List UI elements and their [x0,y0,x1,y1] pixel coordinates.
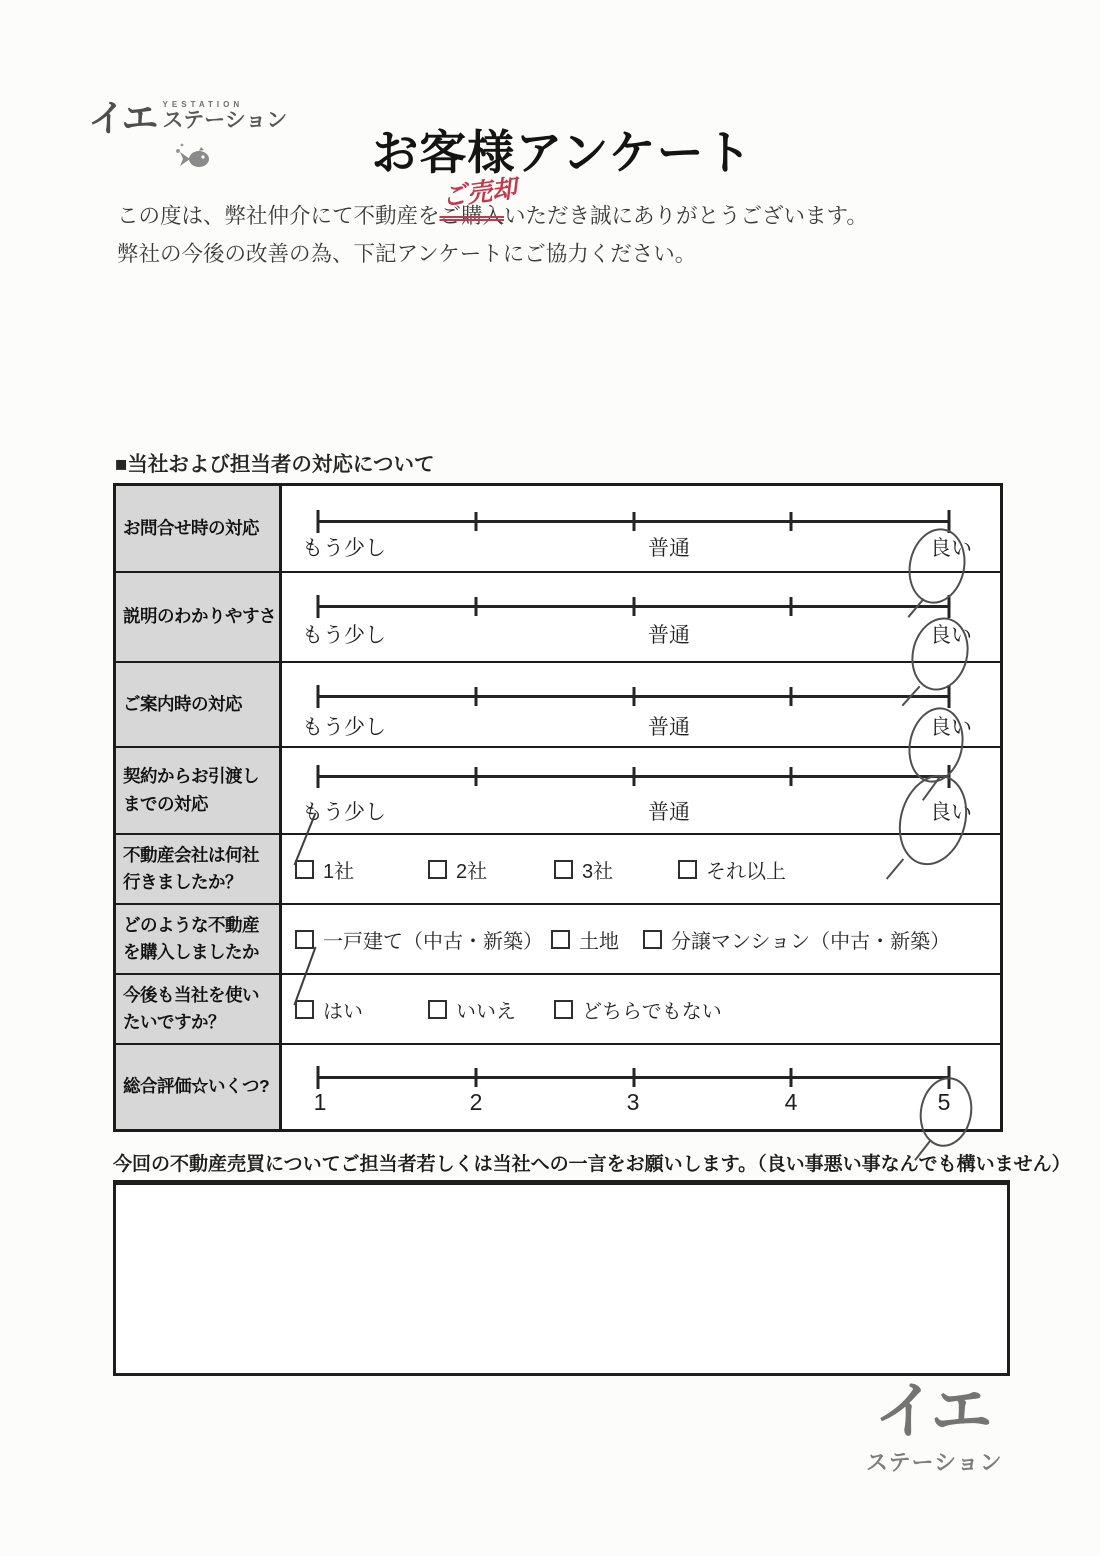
fish-icon [172,141,216,173]
scale-label-mid: 普通 [648,532,690,562]
logo-kana-small: ステーション [163,109,288,133]
scale-label-low: もう少し [302,711,386,741]
logo-kana-big: イエ [874,1381,1003,1443]
intro-line-2: 弊社の今後の改善の為、下記アンケートにご協力ください。 [117,235,868,273]
row-label: 行きましたか？ [123,869,279,896]
rating-scale-line [318,520,949,523]
row-label: 今後も当社を使い [123,982,279,1009]
table-row: お問合せ時の対応 もう少し 普通 良い [116,486,1000,573]
checkbox-unchecked [295,930,314,949]
checkbox-option: 1社 [295,855,354,884]
scale-label-mid: 普通 [648,796,690,826]
checkbox-option: どちらでもない [554,995,722,1024]
rating-scale-line [318,1076,949,1079]
row-label: たいですか？ [123,1009,279,1036]
rating-scale-line [318,605,949,608]
scale-label-mid: 普通 [648,619,690,649]
table-row: 今後も当社を使い たいですか？ はい いいえ どちらでもない [116,975,1000,1045]
scale-number: 3 [627,1089,640,1116]
checkbox-option: それ以上 [678,855,786,884]
checkbox-checked [295,1000,314,1019]
scanned-survey-page: イエ YESTATION ステーション お客様アンケート この度は、弊社仲介にて… [0,0,1100,1556]
checkbox-option: はい [295,995,363,1024]
checkbox-unchecked [554,860,573,879]
survey-table: お問合せ時の対応 もう少し 普通 良い 説明のわかりやすさ [113,483,1003,1132]
row-label: 契約からお引渡し [123,763,279,790]
company-logo-bottom: イエ ステーション [866,1381,1003,1477]
checkbox-option: 土地 [551,925,619,954]
rating-scale-line [318,775,949,778]
row-label: 不動産会社は何社 [123,842,279,869]
checkbox-unchecked [554,1000,573,1019]
scale-number: 2 [470,1089,483,1116]
company-logo-top: イエ YESTATION ステーション [88,100,287,137]
checkbox-option: いいえ [428,995,516,1024]
section-header: ■当社および担当者の対応について [115,447,434,477]
rating-scale-line [318,695,949,698]
checkbox-unchecked [678,860,697,879]
checkbox-option: 3社 [554,855,613,884]
table-row: 説明のわかりやすさ もう少し 普通 良い [116,573,1000,663]
comment-box [113,1180,1010,1376]
row-label: までの対応 [123,791,279,818]
intro-line-1: この度は、弊社仲介にて不動産をご購入ご売却いただき誠にありがとうございます。 [117,197,868,235]
comment-heading: 今回の不動産売買についてご担当者若しくは当社への一言をお願いします。（良い事悪い… [113,1149,1071,1176]
table-row: 不動産会社は何社 行きましたか？ 1社 2社 3社 [116,835,1000,905]
row-label: お問合せ時の対応 [123,515,279,542]
checkbox-unchecked [428,1000,447,1019]
row-label: 総合評価☆いくつ? [123,1073,279,1100]
table-row: 契約からお引渡し までの対応 もう少し 普通 良い [116,748,1000,835]
scale-number: 4 [785,1089,798,1116]
logo-kana-big: イエ [88,100,157,137]
scale-label-low: もう少し [302,619,386,649]
checkbox-unchecked [551,930,570,949]
row-label: どのような不動産 [123,912,279,939]
checkbox-option: 2社 [428,855,487,884]
table-row: どのような不動産 を購入しましたか 一戸建て（中古・新築） 土地 分譲マンション… [116,905,1000,975]
checkbox-option: 分譲マンション（中古・新築） [643,925,950,954]
page-title: お客様アンケート [371,116,752,183]
scale-number: 1 [314,1089,327,1116]
logo-latin-text: YESTATION [163,100,288,109]
scale-label-low: もう少し [302,532,386,562]
checkbox-unchecked [643,930,662,949]
logo-kana-small: ステーション [866,1446,1003,1477]
checkbox-option: 一戸建て（中古・新築） [295,925,543,954]
table-row: ご案内時の対応 もう少し 普通 良い [116,663,1000,748]
table-row: 総合評価☆いくつ? 1 2 3 4 5 [116,1045,1000,1129]
scale-label-mid: 普通 [648,711,690,741]
checkbox-unchecked [428,860,447,879]
row-label: 説明のわかりやすさ [123,603,279,630]
row-label: を購入しましたか [123,939,279,966]
scale-label-low: もう少し [302,796,386,826]
row-label: ご案内時の対応 [123,691,279,718]
checkbox-checked [295,860,314,879]
handwritten-circle [914,1073,977,1151]
intro-text: この度は、弊社仲介にて不動産をご購入ご売却いただき誠にありがとうございます。 弊… [117,197,868,273]
struck-word: ご購入ご売却 [440,204,505,228]
